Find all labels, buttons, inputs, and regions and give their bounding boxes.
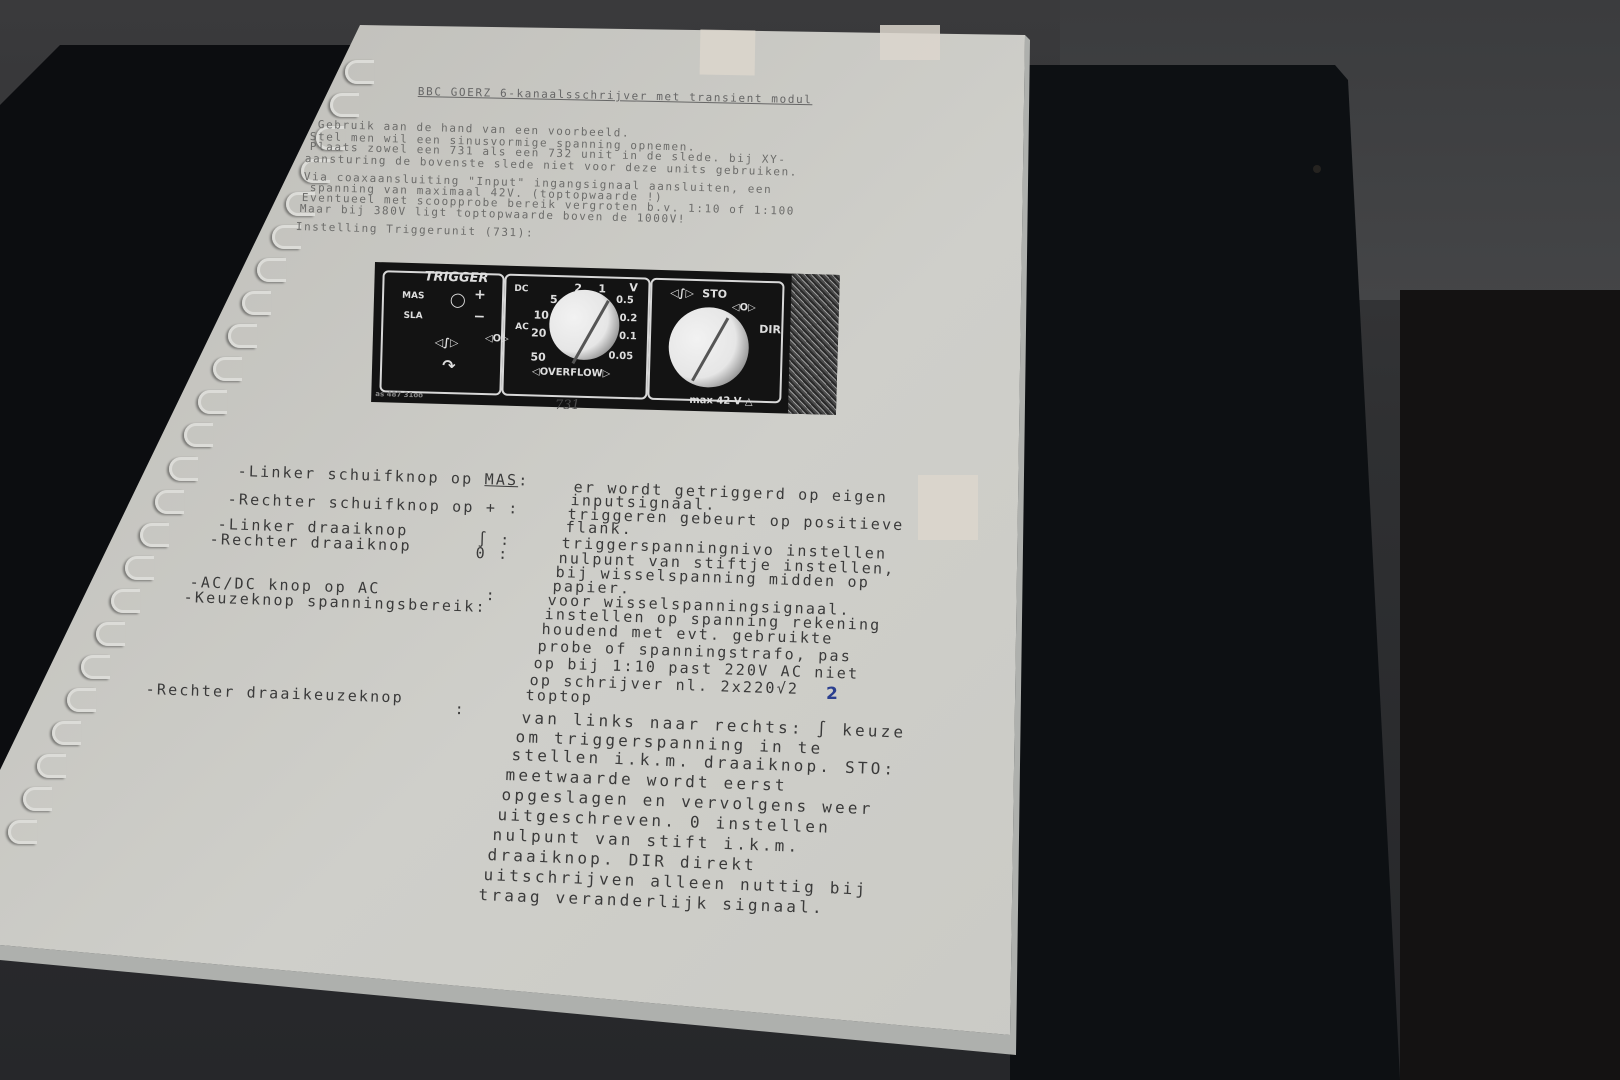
- speckled-edge: [788, 274, 840, 415]
- tape-top-left: [700, 30, 756, 76]
- range-20: 20: [531, 326, 547, 339]
- range-0-05: 0.05: [608, 351, 633, 363]
- slope-symbol-left: ◁∫▷: [435, 336, 459, 350]
- label-plus: +: [474, 287, 486, 303]
- label-sla: SLA: [403, 311, 422, 322]
- label-v: V: [629, 281, 638, 294]
- board-screw-hole: [1313, 165, 1321, 173]
- range-0-1: 0.1: [619, 331, 637, 342]
- label-dc: DC: [514, 284, 528, 294]
- trigger-unit-figure: TRIGGER MAS SLA ◯ + − ◁∫▷ ↷ DC AC V ◁O▷ …: [371, 262, 840, 415]
- label-minus: −: [473, 309, 485, 325]
- range-0-2: 0.2: [619, 313, 637, 324]
- range-10: 10: [533, 308, 549, 321]
- label-ac: AC: [515, 322, 529, 332]
- slider-switch-icon: ◯: [450, 292, 466, 308]
- label-dir: DIR: [759, 323, 781, 337]
- label-sto: STO: [702, 287, 727, 301]
- zero-symbol-right: ◁O▷: [732, 302, 756, 314]
- slope-symbol-right: ◁∫▷: [670, 286, 694, 300]
- tape-top-right: [880, 25, 940, 60]
- shelf: [1400, 290, 1620, 1080]
- zero-symbol-mid: ◁O▷: [485, 333, 509, 345]
- label-mas: MAS: [402, 291, 425, 302]
- dark-board-right: [1010, 65, 1400, 1080]
- label-part-number: as 487 31oo: [375, 390, 423, 399]
- range-0-5: 0.5: [616, 295, 634, 306]
- label-max-voltage: max 42 V △: [689, 395, 753, 408]
- figure-caption: 731: [555, 398, 580, 413]
- range-50: 50: [530, 350, 546, 363]
- label-trigger: TRIGGER: [424, 269, 488, 286]
- label-overflow: ◁OVERFLOW▷: [532, 366, 611, 379]
- knob-pointer-icon: ↷: [442, 356, 456, 375]
- tape-right: [918, 475, 978, 540]
